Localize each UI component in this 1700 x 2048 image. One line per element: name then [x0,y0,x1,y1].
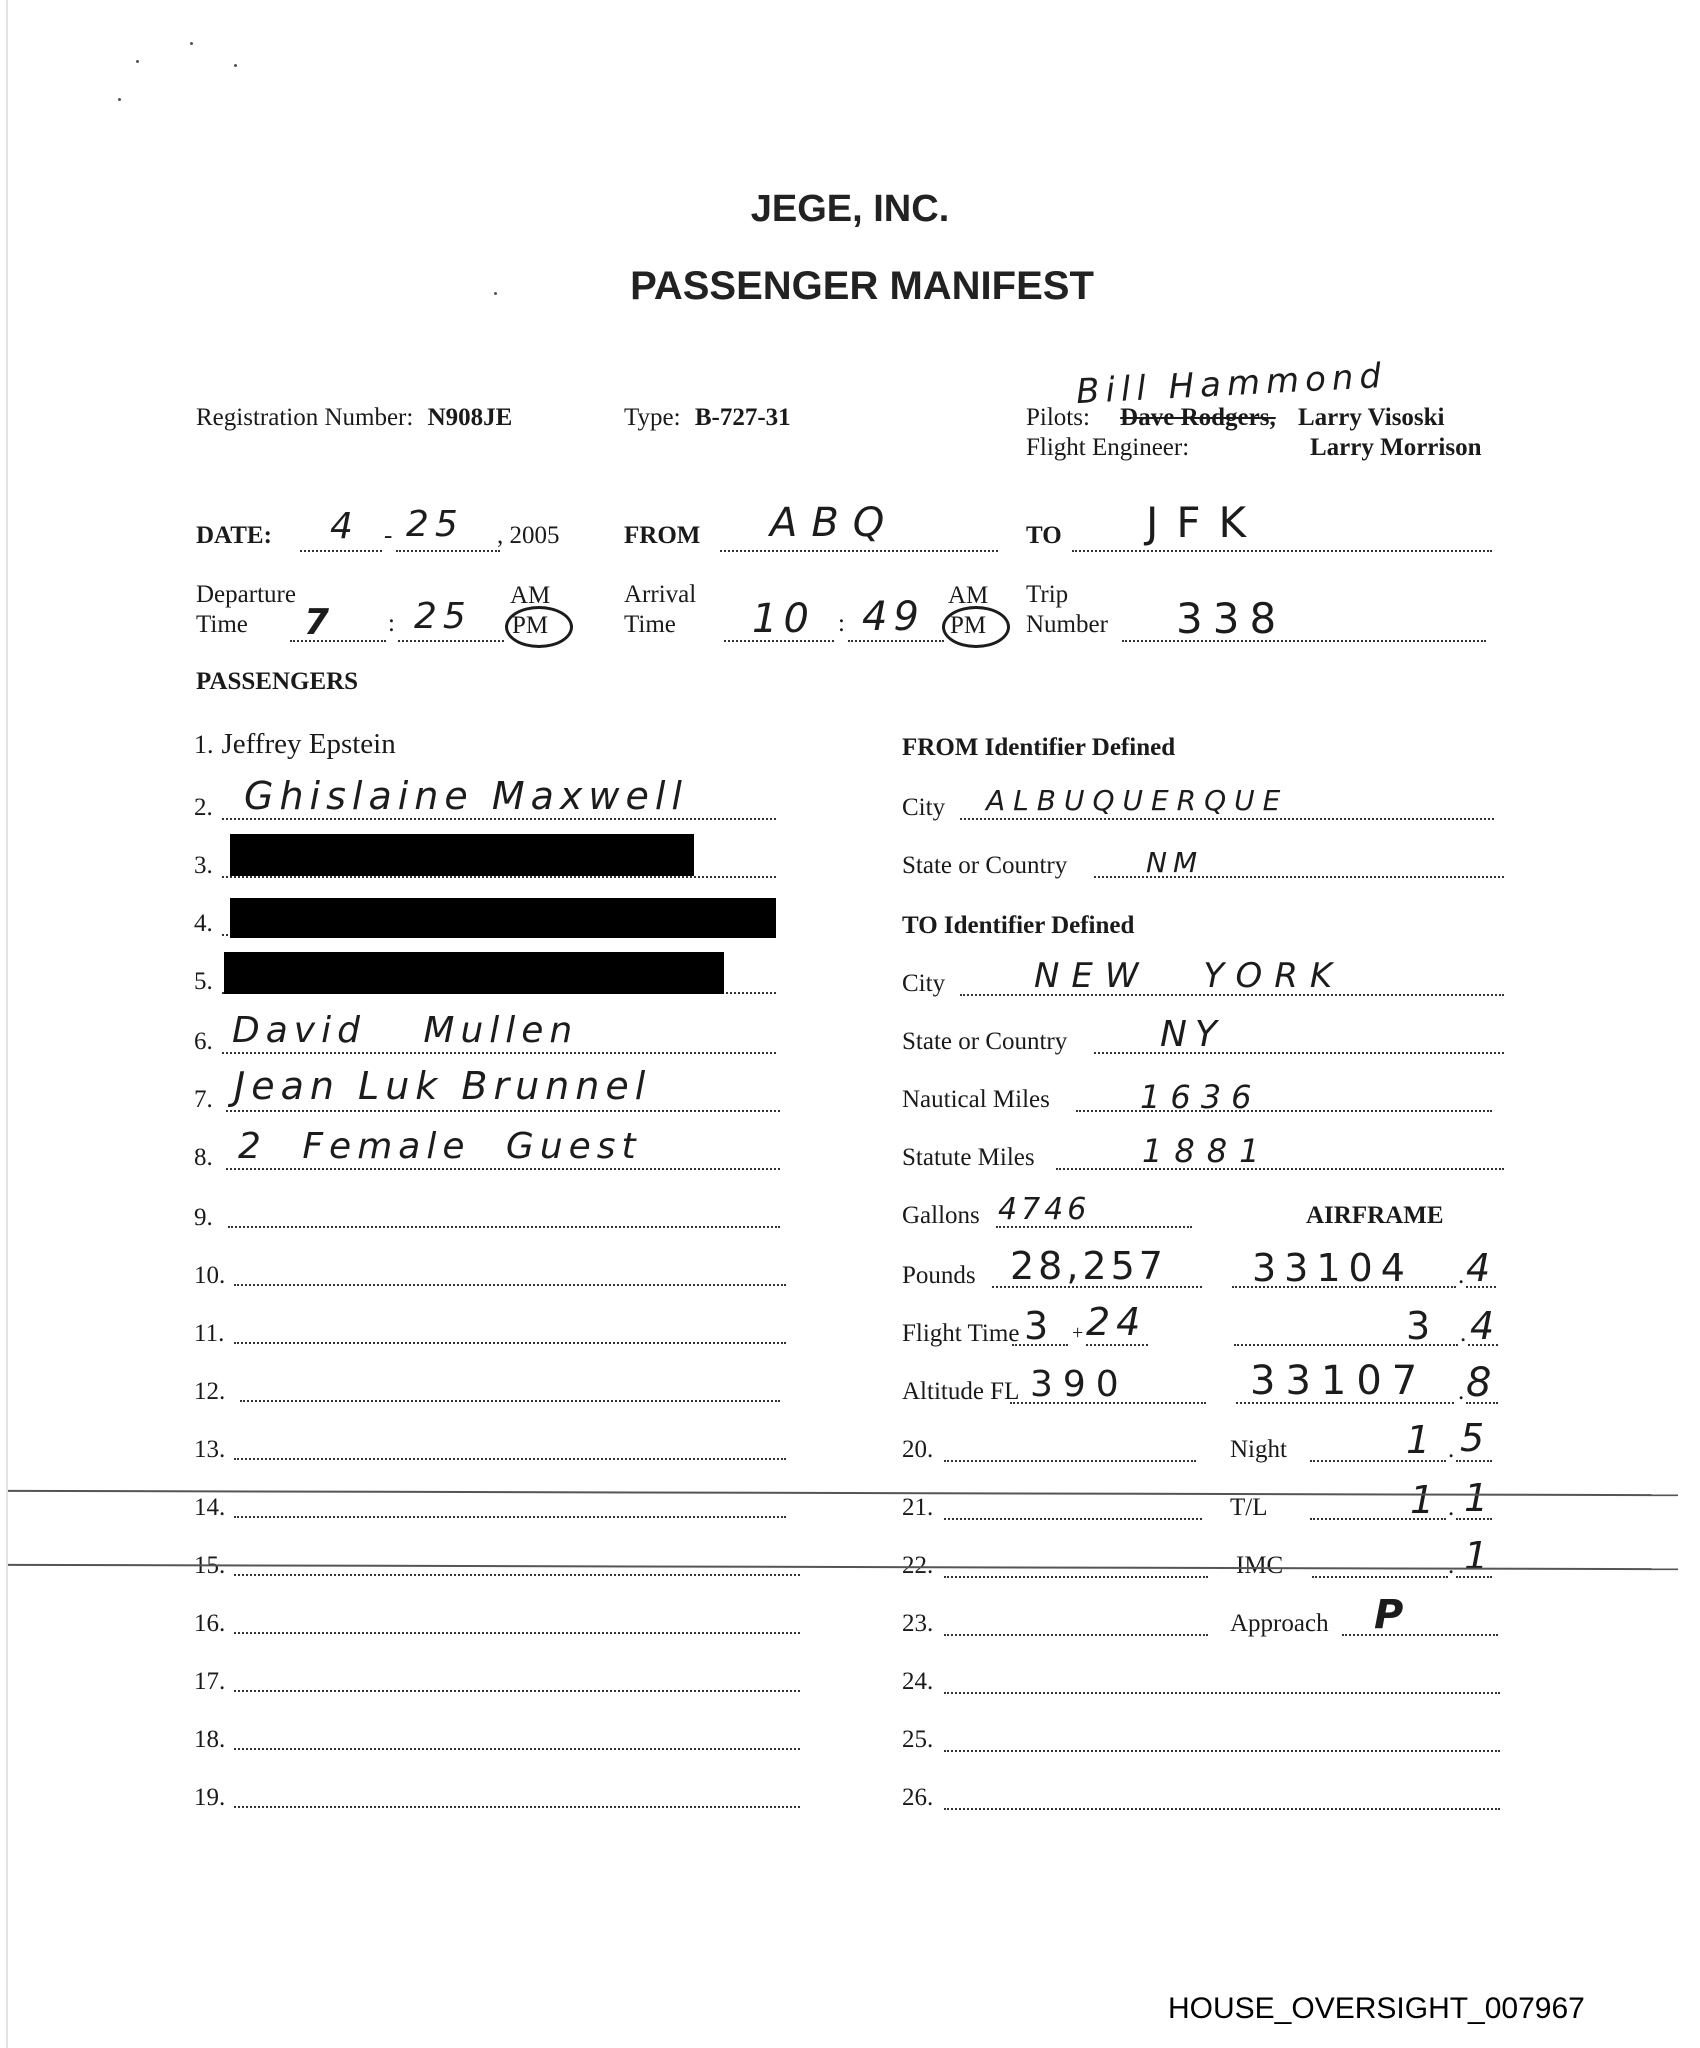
passenger-8-line [226,1168,780,1170]
to-value[interactable]: JFK [1146,498,1264,547]
passenger-4-redaction [230,898,776,938]
date-label: DATE: [196,522,272,550]
airframe-start-tenth[interactable]: 4 [1466,1246,1496,1290]
pilot-2-name: Larry Visoski [1298,404,1445,431]
decimal-point: . [1460,1320,1466,1348]
passenger-16-line[interactable] [234,1632,800,1634]
airframe-end-whole[interactable]: 33107 [1250,1358,1427,1404]
flight-time-hours[interactable]: 3 [1024,1304,1054,1348]
pilot-struck-name: Dave Rodgers, [1120,404,1276,431]
imc-whole-line [1312,1576,1448,1578]
decimal-point: . [1458,1378,1464,1406]
flight-engineer-value: Larry Morrison [1310,434,1481,462]
date-day-value[interactable]: 25 [406,504,464,545]
passenger-number: 4. [194,910,213,938]
flight-time-label: Flight Time [902,1320,1019,1348]
passenger-26-line[interactable] [944,1808,1500,1810]
airframe-heading: AIRFRAME [1306,1202,1444,1230]
passenger-number: 14. [194,1494,225,1522]
flight-time-plus: + [1072,1322,1083,1345]
from-line [720,550,998,552]
from-label: FROM [624,522,700,550]
to-state-label: State or Country [902,1028,1067,1056]
imc-label: IMC [1236,1552,1283,1580]
passenger-2-name[interactable]: Ghislaine Maxwell [244,774,688,818]
passenger-number: 2. [194,794,213,822]
imc-tenth[interactable]: 1 [1464,1534,1494,1578]
passenger-21-line[interactable] [944,1518,1202,1520]
to-city-value[interactable]: NEW YORK [1034,956,1344,996]
passenger-number: 6. [194,1028,213,1056]
passenger-6-line [222,1052,776,1054]
type-label: Type: [624,404,681,431]
registration-label: Registration Number: [196,404,413,431]
passenger-number: 1. [194,730,214,759]
trip-label-line-1: Trip [1026,580,1108,610]
approach-value[interactable]: P [1374,1592,1409,1638]
altitude-value[interactable]: 390 [1030,1364,1129,1405]
date-month-value[interactable]: 4 [330,506,359,547]
night-whole[interactable]: 1 [1406,1418,1436,1462]
registration-field: Registration Number: N908JE [196,404,512,432]
passenger-17-line[interactable] [234,1690,800,1692]
arrival-label-line-2: Time [624,610,696,640]
arrival-label-line-1: Arrival [624,580,696,610]
airframe-end-tenth[interactable]: 8 [1466,1360,1497,1406]
passenger-24-line[interactable] [944,1692,1500,1694]
passenger-14-line[interactable] [234,1516,786,1518]
scan-speck [136,60,139,63]
approach-line [1342,1634,1498,1636]
pilots-label: Pilots: [1026,404,1090,431]
scan-speck [234,64,237,67]
date-month-line [300,550,382,552]
night-tenth[interactable]: 5 [1460,1416,1490,1460]
passenger-number: 25. [902,1726,933,1754]
passenger-6-name[interactable]: David Mullen [232,1010,578,1051]
passenger-13-line[interactable] [234,1458,786,1460]
passenger-number: 21. [902,1494,933,1522]
passenger-number: 26. [902,1784,933,1812]
passenger-number: 8. [194,1144,213,1172]
tl-tenth[interactable]: 1 [1464,1476,1494,1520]
pilots-field: Pilots: Dave Rodgers, Larry Visoski [1026,404,1445,432]
altitude-label: Altitude FL [902,1378,1019,1406]
passenger-number: 16. [194,1610,225,1638]
arrival-hour-value[interactable]: 10 [752,596,815,642]
passenger-number: 12. [194,1378,225,1406]
passenger-18-line[interactable] [234,1748,800,1750]
gallons-value[interactable]: 4746 [998,1192,1090,1227]
flight-time-minutes-line [1086,1344,1148,1346]
to-state-line [1094,1052,1504,1054]
to-state-value[interactable]: NY [1160,1014,1225,1055]
arrival-pm-selected-circle [942,606,1010,648]
passenger-19-line[interactable] [234,1806,800,1808]
arrival-colon: : [838,610,845,638]
passenger-1-row: 1. Jeffrey Epstein [194,728,396,761]
passenger-20-line[interactable] [944,1460,1196,1462]
arrival-minute-value[interactable]: 49 [862,594,925,640]
from-value[interactable]: ABQ [770,500,898,546]
passenger-number: 11. [194,1320,224,1348]
departure-colon: : [388,610,395,638]
passenger-23-line[interactable] [944,1634,1208,1636]
to-identifier-heading: TO Identifier Defined [902,912,1134,940]
date-separator: - [384,522,392,550]
trip-number-label: Trip Number [1026,580,1108,640]
departure-minute-line [398,640,504,642]
scan-fold-line [8,1564,1678,1570]
pounds-value[interactable]: 28,257 [1010,1244,1167,1288]
airframe-flight-tenth[interactable]: 4 [1470,1304,1500,1348]
night-label: Night [1230,1436,1287,1464]
passenger-number: 13. [194,1436,225,1464]
passenger-number: 3. [194,852,213,880]
departure-label-line-1: Departure [196,580,296,610]
passenger-3-line [222,876,776,878]
date-day-line [396,550,500,552]
gallons-label: Gallons [902,1202,980,1230]
trip-number-value[interactable]: 338 [1176,594,1286,643]
nautical-miles-value[interactable]: 1636 [1140,1078,1261,1116]
form-title: PASSENGER MANIFEST [12,264,1700,309]
approach-label: Approach [1230,1610,1329,1638]
flight-engineer-label: Flight Engineer: [1026,434,1189,461]
passengers-heading: PASSENGERS [196,668,358,696]
statute-miles-line [1056,1168,1504,1170]
page-edge [6,0,8,2048]
departure-label-line-2: Time [196,610,296,640]
to-label: TO [1026,522,1062,550]
airframe-start-whole[interactable]: 33104 [1252,1246,1413,1290]
from-state-label: State or Country [902,852,1067,880]
pounds-label: Pounds [902,1262,976,1290]
passenger-number: 7. [194,1086,213,1114]
flight-engineer-field: Flight Engineer: [1026,434,1189,462]
passenger-number: 20. [902,1436,933,1464]
decimal-point: . [1458,1262,1464,1290]
passenger-25-line[interactable] [944,1750,1500,1752]
date-year: , 2005 [497,522,560,550]
nautical-miles-line [1076,1110,1492,1112]
from-city-label: City [902,794,945,822]
passenger-9-line[interactable] [228,1226,780,1228]
decimal-point: . [1448,1494,1454,1522]
to-city-label: City [902,970,945,998]
passenger-number: 24. [902,1668,933,1696]
passenger-5-redaction [224,952,724,994]
from-city-value[interactable]: ALBUQUERQUE [986,784,1288,817]
from-identifier-heading: FROM Identifier Defined [902,734,1175,762]
passenger-10-line[interactable] [234,1284,786,1286]
type-value: B-727-31 [695,404,791,431]
passenger-number: 5. [194,968,213,996]
registration-value: N908JE [428,404,513,431]
passenger-name: Jeffrey Epstein [222,728,396,760]
flight-time-minutes[interactable]: 24 [1086,1300,1146,1344]
night-tenth-line [1456,1460,1492,1462]
type-field: Type: B-727-31 [624,404,791,432]
passenger-11-line[interactable] [234,1342,786,1344]
statute-miles-label: Statute Miles [902,1144,1035,1172]
company-name: JEGE, INC. [0,188,1700,231]
departure-minute-value[interactable]: 25 [414,596,472,637]
passenger-number: 9. [194,1204,213,1232]
scan-speck [118,98,121,101]
passenger-number: 17. [194,1668,225,1696]
passenger-7-line [226,1110,780,1112]
scan-speck [190,42,193,45]
arrival-label: Arrival Time [624,580,696,640]
departure-hour-value[interactable]: 7 [304,602,335,643]
decimal-point: . [1448,1436,1454,1464]
passenger-number: 10. [194,1262,225,1290]
passenger-7-name[interactable]: Jean Luk Brunnel [234,1064,651,1108]
passenger-2-line [222,818,776,820]
statute-miles-value[interactable]: 1881 [1142,1132,1271,1170]
from-city-line [960,818,1494,820]
tl-whole[interactable]: 1 [1410,1478,1440,1522]
nautical-miles-label: Nautical Miles [902,1086,1050,1114]
decimal-point: . [1448,1552,1454,1580]
passenger-8-name[interactable]: 2 Female Guest [238,1126,642,1167]
arrival-minute-line [848,640,944,642]
to-line [1072,550,1492,552]
passenger-22-line[interactable] [944,1576,1208,1578]
tl-label: T/L [1230,1494,1268,1522]
passenger-15-line[interactable] [234,1574,800,1576]
from-state-value[interactable]: NM [1146,846,1203,879]
passenger-number: 23. [902,1610,933,1638]
airframe-flight-whole[interactable]: 3 [1406,1304,1436,1348]
passenger-number: 19. [194,1784,225,1812]
trip-label-line-2: Number [1026,610,1108,640]
passenger-12-line[interactable] [240,1400,780,1402]
passenger-3-redaction [230,834,694,876]
passenger-number: 18. [194,1726,225,1754]
departure-pm-selected-circle [505,606,573,648]
departure-label: Departure Time [196,580,296,640]
bates-number: HOUSE_OVERSIGHT_007967 [1168,1992,1585,2026]
